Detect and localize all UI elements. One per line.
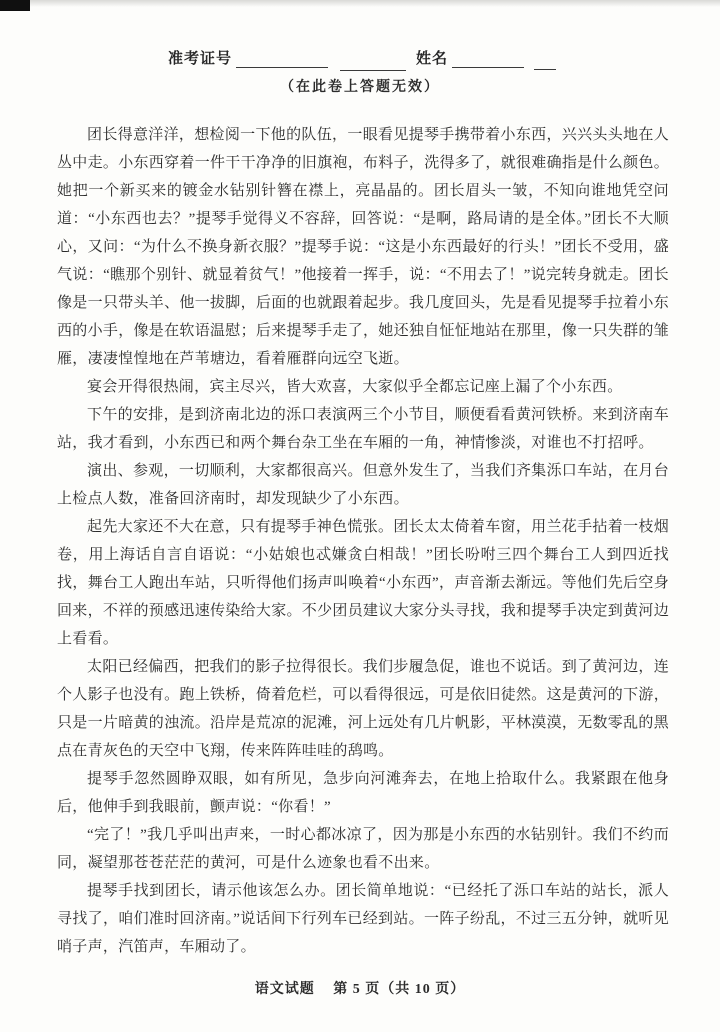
paragraph-8: “完了！”我几乎叫出声来，一时心都冰凉了，因为那是小东西的水钻别针。我们不约而同…: [57, 821, 669, 877]
name-label: 姓名: [416, 50, 448, 68]
paragraph-5: 起先大家还不大在意，只有提琴手神色慌张。团长太太倚着车窗，用兰花手拈着一枝烟卷，…: [57, 513, 669, 653]
paragraph-2: 宴会开得很热闹，宾主尽兴，皆大欢喜，大家似乎全都忘记座上漏了个小东西。: [57, 373, 669, 401]
scan-edge-smudge: [30, 0, 720, 7]
footer-subject-label: 语文试题: [255, 982, 315, 997]
paragraph-6: 太阳已经偏西，把我们的影子拉得很长。我们步履急促，谁也不说话。到了黄河边，连个人…: [57, 653, 669, 765]
candidate-info-header: 准考证号 姓名: [168, 50, 556, 68]
footer-page-number: 第 5 页（共 10 页）: [333, 982, 465, 997]
scan-corner-mark: [0, 0, 30, 11]
page-footer: 语文试题 第 5 页（共 10 页）: [0, 978, 720, 998]
name-blank-2: [534, 54, 556, 70]
paragraph-9: 提琴手找到团长，请示他该怎么办。团长简单地说：“已经托了泺口车站的站长，派人寻找…: [57, 877, 669, 961]
reading-passage: 团长得意洋洋，想检阅一下他的队伍，一眼看见提琴手携带着小东西，兴兴头头地在人丛中…: [57, 121, 669, 961]
admission-number-blank-1: [236, 52, 328, 68]
name-blank-1: [452, 52, 524, 68]
paragraph-1: 团长得意洋洋，想检阅一下他的队伍，一眼看见提琴手携带着小东西，兴兴头头地在人丛中…: [57, 121, 669, 373]
exam-paper-page: 准考证号 姓名 （在此卷上答题无效） 团长得意洋洋，想检阅一下他的队伍，一眼看见…: [0, 0, 720, 1032]
paragraph-3: 下午的安排，是到济南北边的泺口表演两三个小节目，顺便看看黄河铁桥。来到济南车站，…: [57, 401, 669, 457]
paragraph-4: 演出、参观，一切顺利，大家都很高兴。但意外发生了，当我们齐集泺口车站，在月台上检…: [57, 457, 669, 513]
invalid-answer-notice: （在此卷上答题无效）: [0, 76, 720, 96]
admission-number-label: 准考证号: [168, 50, 232, 68]
admission-number-blank-2: [340, 55, 406, 71]
paragraph-7: 提琴手忽然圆睁双眼，如有所见，急步向河滩奔去，在地上拾取什么。我紧跟在他身后，他…: [57, 765, 669, 821]
